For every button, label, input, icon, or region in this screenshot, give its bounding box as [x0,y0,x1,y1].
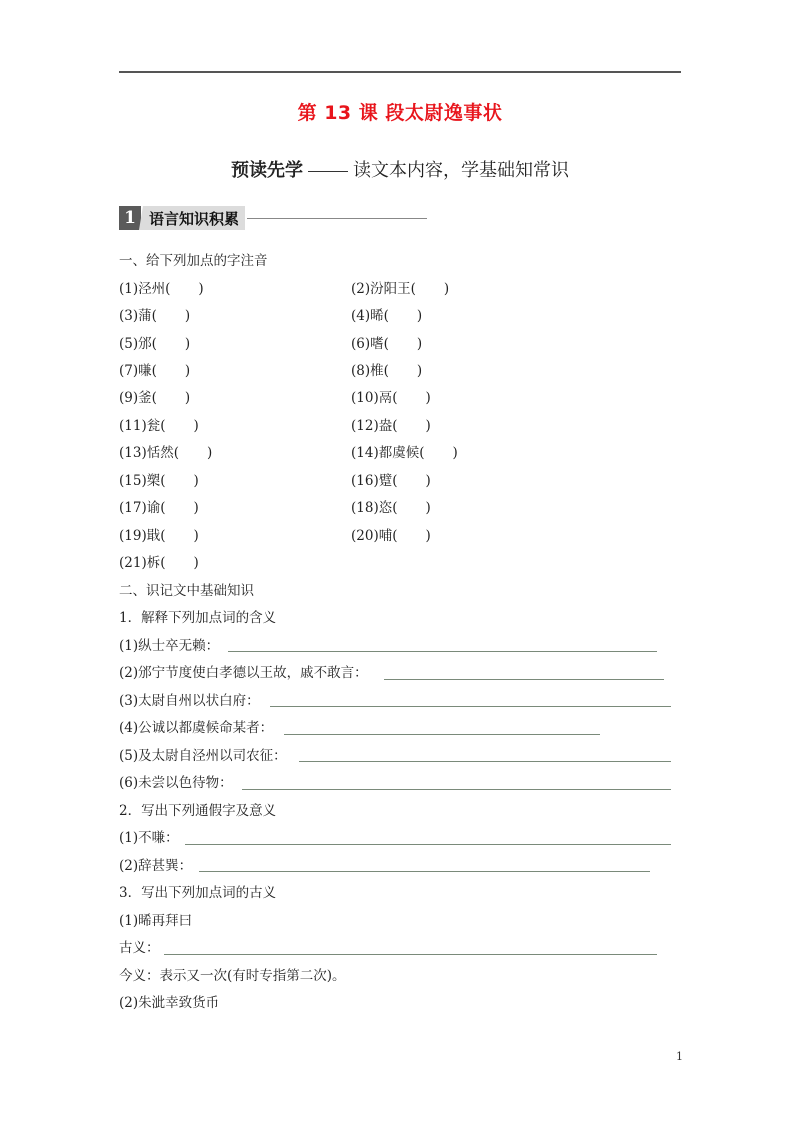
q2-item: (2)辞甚巽： [119,857,192,875]
subtitle-bold: 预读先学 [231,160,303,181]
pinyin-item: (17)谕() [119,499,199,517]
pinyin-item: (15)槊() [119,472,199,490]
q3-item: (2)朱泚幸致货币 [119,994,219,1012]
pinyin-item: (20)哺() [351,527,431,545]
subtitle: 预读先学读文本内容，学基础知常识 [0,156,800,182]
q1-item: (2)邠宁节度使白孝德以王故，戚不敢言： [119,664,368,682]
page-number: 1 [676,1050,683,1063]
header-rule [119,71,681,73]
pinyin-item: (2)汾阳王() [351,280,449,298]
pinyin-item: (7)嗛() [119,362,190,380]
q1-item: (6)未尝以色待物： [119,774,233,792]
section-number-badge: 1 [119,206,141,230]
em-dash-line [308,171,348,172]
pinyin-item: (12)盎() [351,417,431,435]
q2-heading: 2．写出下列通假字及意义 [119,802,276,820]
part1-heading: 一、给下列加点的字注音 [119,252,268,270]
answer-blank[interactable] [270,706,671,707]
pinyin-item: (9)釜() [119,389,190,407]
answer-blank[interactable] [199,871,650,872]
document-page: 第 13 课 段太尉逸事状 预读先学读文本内容，学基础知常识 1 语言知识积累 … [0,0,800,1132]
answer-blank[interactable] [228,651,657,652]
section-header: 1 语言知识积累 [119,205,427,231]
answer-blank[interactable] [242,789,671,790]
q1-item: (4)公诚以都虞候命某者： [119,719,273,737]
gu-yi-label: 古义： [119,939,160,957]
q1-item: (1)纵士卒无赖： [119,637,219,655]
pinyin-item: (18)恣() [351,499,431,517]
section-rule [247,218,427,219]
q1-item: (5)及太尉自泾州以司农征： [119,747,287,765]
pinyin-item: (13)恬然() [119,444,212,462]
pinyin-item: (5)邠() [119,335,190,353]
part2-heading: 二、识记文中基础知识 [119,582,254,600]
pinyin-item: (1)泾州() [119,280,204,298]
pinyin-item: (16)躄() [351,472,431,490]
section-label: 语言知识积累 [149,208,239,229]
pinyin-item: (21)柝() [119,554,199,572]
answer-blank[interactable] [185,844,671,845]
q1-heading: 1．解释下列加点词的含义 [119,609,276,627]
subtitle-rest: 读文本内容，学基础知常识 [353,160,569,181]
pinyin-item: (10)鬲() [351,389,431,407]
q3-item: (1)晞再拜曰 [119,912,192,930]
q3-heading: 3．写出下列加点词的古义 [119,884,276,902]
q1-item: (3)太尉自州以状白府： [119,692,260,710]
lesson-title: 第 13 课 段太尉逸事状 [0,98,800,125]
answer-blank[interactable] [384,679,664,680]
pinyin-item: (4)晞() [351,307,422,325]
answer-blank[interactable] [284,734,600,735]
jin-yi-text: 今义：表示又一次(有时专指第二次)。 [119,967,346,985]
pinyin-item: (3)蒲() [119,307,190,325]
q2-item: (1)不嗛： [119,829,179,847]
pinyin-item: (11)瓮() [119,417,199,435]
pinyin-item: (14)都虞候() [351,444,458,462]
answer-blank[interactable] [164,954,657,955]
section-label-box: 语言知识积累 [139,206,245,230]
answer-blank[interactable] [299,761,671,762]
pinyin-item: (19)戢() [119,527,199,545]
pinyin-item: (6)嗜() [351,335,422,353]
pinyin-item: (8)椎() [351,362,422,380]
